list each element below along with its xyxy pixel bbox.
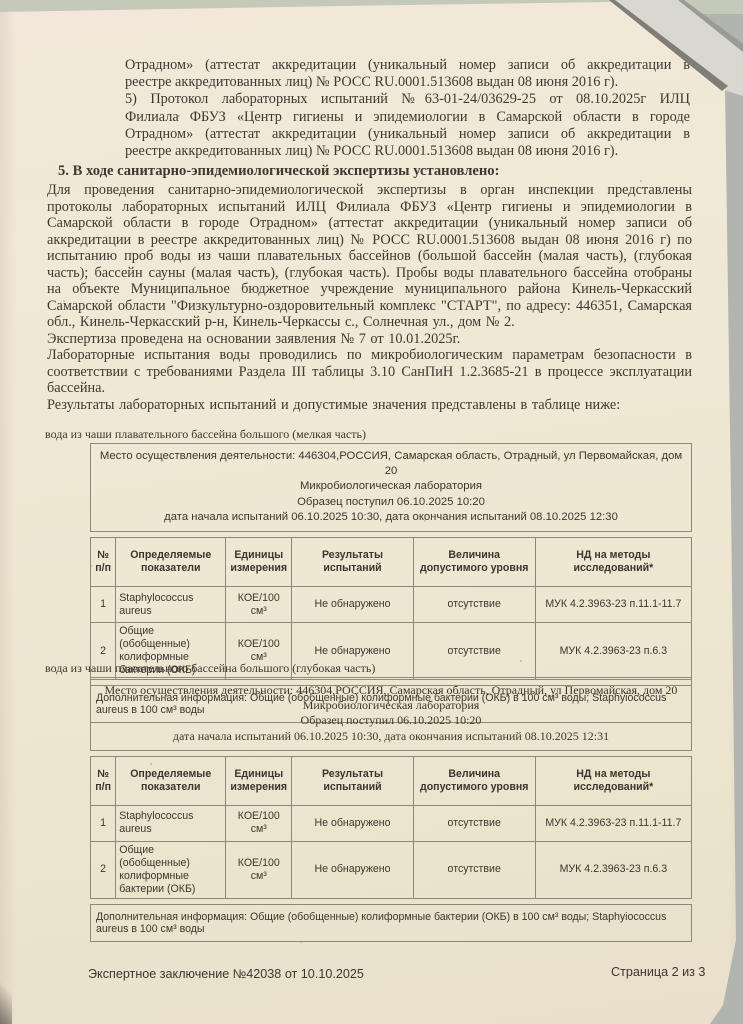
lab-results-table: № п/п Определяемые показатели Единицы из… bbox=[90, 756, 692, 899]
col-header-methods: НД на методы исследований* bbox=[535, 538, 691, 587]
expertise-body-text: Для проведения санитарно-эпидемиологичес… bbox=[47, 182, 692, 413]
col-header-results: Результаты испытаний bbox=[292, 538, 413, 587]
col-header-methods: НД на методы исследований* bbox=[535, 756, 691, 805]
cell-allowed: отсутствие bbox=[413, 841, 535, 898]
cell-result: Не обнаружено bbox=[292, 587, 413, 623]
lab-results-section-deep: вода из чаши плавательного бассейна боль… bbox=[45, 662, 694, 942]
footer-expert-conclusion: Экспертное заключение №42038 от 10.10.20… bbox=[88, 967, 364, 981]
cell-indicator: Staphylococcus aureus bbox=[116, 587, 226, 623]
info-line-sample-received: Образец поступил 06.10.2025 10:20 bbox=[97, 713, 685, 728]
list-line: Филиала ФБУЗ «Центр гигиены и эпидемиоло… bbox=[125, 109, 690, 126]
list-line: реестре аккредитованных лиц) № РОСС RU.0… bbox=[125, 74, 690, 91]
table-header-row: № п/п Определяемые показатели Единицы из… bbox=[91, 538, 692, 587]
col-header-indicators: Определяемые показатели bbox=[116, 538, 226, 587]
paragraph-application-basis: Экспертиза проведена на основании заявле… bbox=[47, 331, 692, 348]
cell-units: КОЕ/100 см³ bbox=[226, 841, 292, 898]
section-5-heading: 5. В ходе санитарно-эпидемиологической э… bbox=[58, 163, 692, 180]
table-row: 1 Staphylococcus aureus КОЕ/100 см³ Не о… bbox=[91, 587, 692, 623]
col-header-results: Результаты испытаний bbox=[292, 756, 413, 805]
footer-page-number: Страница 2 из 3 bbox=[611, 965, 705, 979]
col-header-allowed-level: Величина допустимого уровня bbox=[413, 756, 535, 805]
cell-allowed: отсутствие bbox=[413, 587, 535, 623]
col-header-units: Единицы измерения bbox=[226, 538, 292, 587]
list-line: Отрадном» (аттестат аккредитации (уникал… bbox=[125, 126, 690, 143]
info-line-sample-received: Образец поступил 06.10.2025 10:20 bbox=[97, 495, 685, 510]
accreditation-list-block: Отрадном» (аттестат аккредитации (уникал… bbox=[125, 57, 690, 160]
cell-indicator: Общие (обобщенные) колиформные бактерии … bbox=[116, 841, 226, 898]
info-line-test-dates: дата начала испытаний 06.10.2025 10:30, … bbox=[97, 510, 685, 525]
bottom-left-scan-shadow bbox=[0, 978, 12, 1024]
paragraph-expertise-protocols: Для проведения санитарно-эпидемиологичес… bbox=[47, 182, 692, 331]
cell-method: МУК 4.2.3963-23 п.11.1-11.7 bbox=[535, 587, 691, 623]
additional-info-box: Дополнительная информация: Общие (обобще… bbox=[90, 904, 692, 942]
info-line-place: Место осуществления деятельности: 446304… bbox=[97, 449, 685, 479]
cell-units: КОЕ/100 см³ bbox=[226, 587, 292, 623]
col-header-num: № п/п bbox=[91, 538, 116, 587]
table-header-row: № п/п Определяемые показатели Единицы из… bbox=[91, 756, 692, 805]
sample-caption: вода из чаши плавательного бассейна боль… bbox=[45, 662, 694, 675]
cell-indicator: Staphylococcus aureus bbox=[116, 805, 226, 841]
info-line-test-dates: дата начала испытаний 06.10.2025 10:30, … bbox=[97, 729, 685, 744]
col-header-units: Единицы измерения bbox=[226, 756, 292, 805]
paragraph-microbiology-requirements: Лабораторные испытания воды проводились … bbox=[47, 347, 692, 397]
cell-num: 2 bbox=[91, 841, 116, 898]
info-line-lab: Микробиологическая лаборатория bbox=[97, 698, 685, 713]
lab-info-box: Место осуществления деятельности: 446304… bbox=[90, 677, 692, 751]
cell-method: МУК 4.2.3963-23 п.11.1-11.7 bbox=[535, 805, 691, 841]
list-line: 5) Протокол лабораторных испытаний №63-0… bbox=[125, 91, 690, 108]
cell-allowed: отсутствие bbox=[413, 805, 535, 841]
list-line: реестре аккредитованных лиц) № РОСС RU.0… bbox=[125, 143, 690, 160]
cell-result: Не обнаружено bbox=[292, 805, 413, 841]
lab-info-box: Место осуществления деятельности: 446304… bbox=[90, 443, 692, 532]
cell-num: 1 bbox=[91, 587, 116, 623]
cell-method: МУК 4.2.3963-23 п.6.3 bbox=[535, 841, 691, 898]
cell-result: Не обнаружено bbox=[292, 841, 413, 898]
list-line: Отрадном» (аттестат аккредитации (уникал… bbox=[125, 57, 690, 74]
cell-units: КОЕ/100 см³ bbox=[226, 805, 292, 841]
paragraph-results-intro: Результаты лабораторных испытаний и допу… bbox=[47, 397, 692, 414]
table-row: 1 Staphylococcus aureus КОЕ/100 см³ Не о… bbox=[91, 805, 692, 841]
col-header-num: № п/п bbox=[91, 756, 116, 805]
col-header-indicators: Определяемые показатели bbox=[116, 756, 226, 805]
sample-caption: вода из чаши плавательного бассейна боль… bbox=[45, 428, 694, 441]
lab-results-table: № п/п Определяемые показатели Единицы из… bbox=[90, 537, 692, 680]
cell-num: 1 bbox=[91, 805, 116, 841]
col-header-allowed-level: Величина допустимого уровня bbox=[413, 538, 535, 587]
info-line-place: Место осуществления деятельности: 446304… bbox=[97, 683, 685, 698]
info-line-lab: Микробиологическая лаборатория bbox=[97, 479, 685, 494]
scanned-page: Отрадном» (аттестат аккредитации (уникал… bbox=[0, 0, 743, 1024]
table-row: 2 Общие (обобщенные) колиформные бактери… bbox=[91, 841, 692, 898]
